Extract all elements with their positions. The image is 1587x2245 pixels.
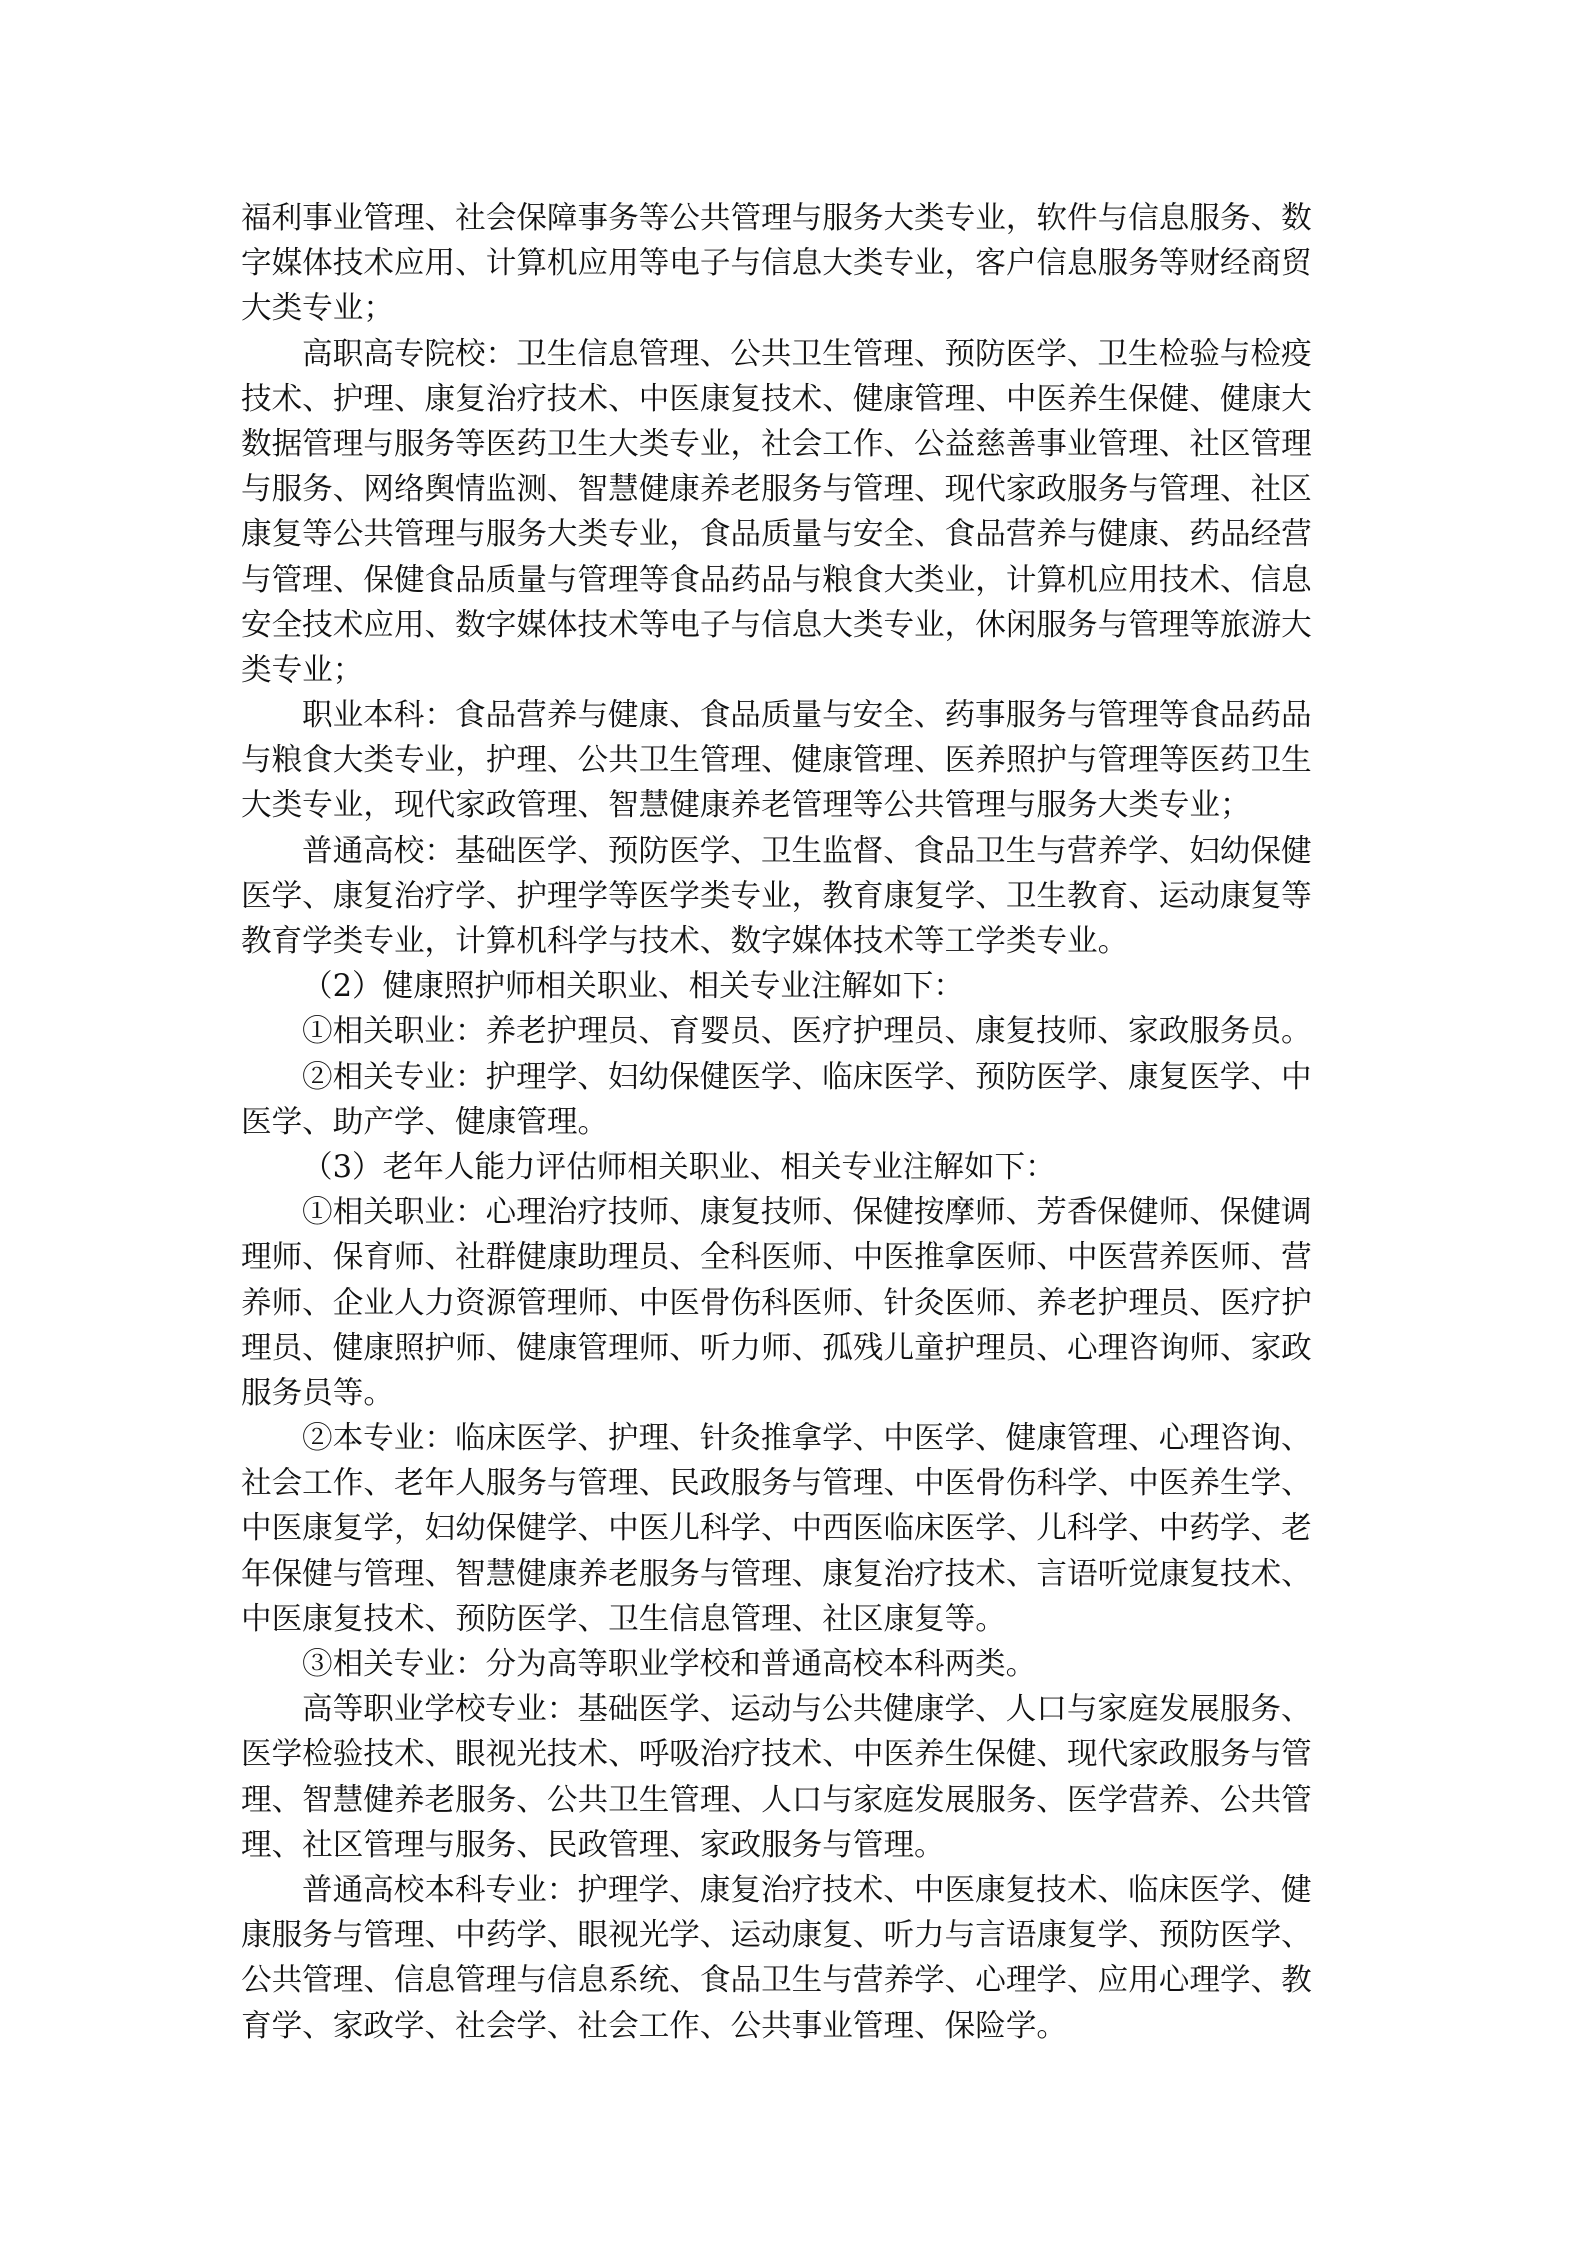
- paragraph-line: 理、智慧健养老服务、公共卫生管理、人口与家庭发展服务、医学营养、公共管: [241, 1778, 1351, 1823]
- paragraph-line: 福利事业管理、社会保障事务等公共管理与服务大类专业，软件与信息服务、数: [241, 196, 1351, 241]
- paragraph-line: 数据管理与服务等医药卫生大类专业，社会工作、公益慈善事业管理、社区管理: [241, 422, 1351, 467]
- paragraph-line: 康复等公共管理与服务大类专业，食品质量与安全、食品营养与健康、药品经营: [241, 512, 1351, 557]
- paragraph-line: 高等职业学校专业：基础医学、运动与公共健康学、人口与家庭发展服务、: [241, 1687, 1351, 1732]
- paragraph-line: 中医康复学，妇幼保健学、中医儿科学、中西医临床医学、儿科学、中药学、老: [241, 1506, 1351, 1551]
- paragraph-line: ②本专业：临床医学、护理、针灸推拿学、中医学、健康管理、心理咨询、: [241, 1416, 1351, 1461]
- paragraph-line: 康服务与管理、中药学、眼视光学、运动康复、听力与言语康复学、预防医学、: [241, 1913, 1351, 1958]
- paragraph-line: ③相关专业：分为高等职业学校和普通高校本科两类。: [241, 1642, 1351, 1687]
- section-heading: （3）老年人能力评估师相关职业、相关专业注解如下：: [241, 1145, 1351, 1190]
- section-heading: （2）健康照护师相关职业、相关专业注解如下：: [241, 964, 1351, 1009]
- document-page: 福利事业管理、社会保障事务等公共管理与服务大类专业，软件与信息服务、数字媒体技术…: [241, 196, 1351, 2049]
- paragraph-line: 大类专业，现代家政管理、智慧健康养老管理等公共管理与服务大类专业；: [241, 783, 1351, 828]
- paragraph-line: 大类专业；: [241, 286, 1351, 331]
- paragraph-line: 与服务、网络舆情监测、智慧健康养老服务与管理、现代家政服务与管理、社区: [241, 467, 1351, 512]
- paragraph-line: 医学、康复治疗学、护理学等医学类专业，教育康复学、卫生教育、运动康复等: [241, 874, 1351, 919]
- paragraph-line: 理员、健康照护师、健康管理师、听力师、孤残儿童护理员、心理咨询师、家政: [241, 1326, 1351, 1371]
- paragraph: ①相关职业：养老护理员、育婴员、医疗护理员、康复技师、家政服务员。: [241, 1009, 1351, 1054]
- paragraph: 高等职业学校专业：基础医学、运动与公共健康学、人口与家庭发展服务、医学检验技术、…: [241, 1687, 1351, 1868]
- paragraph-line: 安全技术应用、数字媒体技术等电子与信息大类专业，休闲服务与管理等旅游大: [241, 603, 1351, 648]
- paragraph-line: 与粮食大类专业，护理、公共卫生管理、健康管理、医养照护与管理等医药卫生: [241, 738, 1351, 783]
- paragraph: ③相关专业：分为高等职业学校和普通高校本科两类。: [241, 1642, 1351, 1687]
- paragraph-line: ②相关专业：护理学、妇幼保健医学、临床医学、预防医学、康复医学、中: [241, 1055, 1351, 1100]
- paragraph: 高职高专院校：卫生信息管理、公共卫生管理、预防医学、卫生检验与检疫技术、护理、康…: [241, 332, 1351, 694]
- paragraph-line: 普通高校本科专业：护理学、康复治疗技术、中医康复技术、临床医学、健: [241, 1868, 1351, 1913]
- paragraph-line: 理师、保育师、社群健康助理员、全科医师、中医推拿医师、中医营养医师、营: [241, 1235, 1351, 1280]
- paragraph-line: 职业本科：食品营养与健康、食品质量与安全、药事服务与管理等食品药品: [241, 693, 1351, 738]
- paragraph-line: 养师、企业人力资源管理师、中医骨伤科医师、针灸医师、养老护理员、医疗护: [241, 1281, 1351, 1326]
- paragraph: 普通高校本科专业：护理学、康复治疗技术、中医康复技术、临床医学、健康服务与管理、…: [241, 1868, 1351, 2049]
- paragraph-line: 中医康复技术、预防医学、卫生信息管理、社区康复等。: [241, 1597, 1351, 1642]
- paragraph-line: 年保健与管理、智慧健康养老服务与管理、康复治疗技术、言语听觉康复技术、: [241, 1552, 1351, 1597]
- heading-text: （2）健康照护师相关职业、相关专业注解如下：: [241, 964, 1351, 1009]
- paragraph: ②相关专业：护理学、妇幼保健医学、临床医学、预防医学、康复医学、中医学、助产学、…: [241, 1055, 1351, 1145]
- paragraph-line: 理、社区管理与服务、民政管理、家政服务与管理。: [241, 1823, 1351, 1868]
- paragraph: ②本专业：临床医学、护理、针灸推拿学、中医学、健康管理、心理咨询、社会工作、老年…: [241, 1416, 1351, 1642]
- paragraph-line: 育学、家政学、社会学、社会工作、公共事业管理、保险学。: [241, 2004, 1351, 2049]
- paragraph: 职业本科：食品营养与健康、食品质量与安全、药事服务与管理等食品药品与粮食大类专业…: [241, 693, 1351, 829]
- paragraph-line: 与管理、保健食品质量与管理等食品药品与粮食大类业，计算机应用技术、信息: [241, 558, 1351, 603]
- paragraph-line: ①相关职业：心理治疗技师、康复技师、保健按摩师、芳香保健师、保健调: [241, 1190, 1351, 1235]
- heading-text: （3）老年人能力评估师相关职业、相关专业注解如下：: [241, 1145, 1351, 1190]
- paragraph-line: 高职高专院校：卫生信息管理、公共卫生管理、预防医学、卫生检验与检疫: [241, 332, 1351, 377]
- paragraph-line: 公共管理、信息管理与信息系统、食品卫生与营养学、心理学、应用心理学、教: [241, 1958, 1351, 2003]
- paragraph-line: 医学、助产学、健康管理。: [241, 1100, 1351, 1145]
- paragraph-line: 普通高校：基础医学、预防医学、卫生监督、食品卫生与营养学、妇幼保健: [241, 829, 1351, 874]
- paragraph-line: 社会工作、老年人服务与管理、民政服务与管理、中医骨伤科学、中医养生学、: [241, 1461, 1351, 1506]
- paragraph: 普通高校：基础医学、预防医学、卫生监督、食品卫生与营养学、妇幼保健医学、康复治疗…: [241, 829, 1351, 965]
- paragraph-line: 字媒体技术应用、计算机应用等电子与信息大类专业，客户信息服务等财经商贸: [241, 241, 1351, 286]
- paragraph-line: 类专业；: [241, 648, 1351, 693]
- paragraph: ①相关职业：心理治疗技师、康复技师、保健按摩师、芳香保健师、保健调理师、保育师、…: [241, 1190, 1351, 1416]
- paragraph-line: 技术、护理、康复治疗技术、中医康复技术、健康管理、中医养生保健、健康大: [241, 377, 1351, 422]
- paragraph-line: 医学检验技术、眼视光技术、呼吸治疗技术、中医养生保健、现代家政服务与管: [241, 1732, 1351, 1777]
- paragraph: 福利事业管理、社会保障事务等公共管理与服务大类专业，软件与信息服务、数字媒体技术…: [241, 196, 1351, 332]
- paragraph-line: 服务员等。: [241, 1371, 1351, 1416]
- paragraph-line: ①相关职业：养老护理员、育婴员、医疗护理员、康复技师、家政服务员。: [241, 1009, 1351, 1054]
- paragraph-line: 教育学类专业，计算机科学与技术、数字媒体技术等工学类专业。: [241, 919, 1351, 964]
